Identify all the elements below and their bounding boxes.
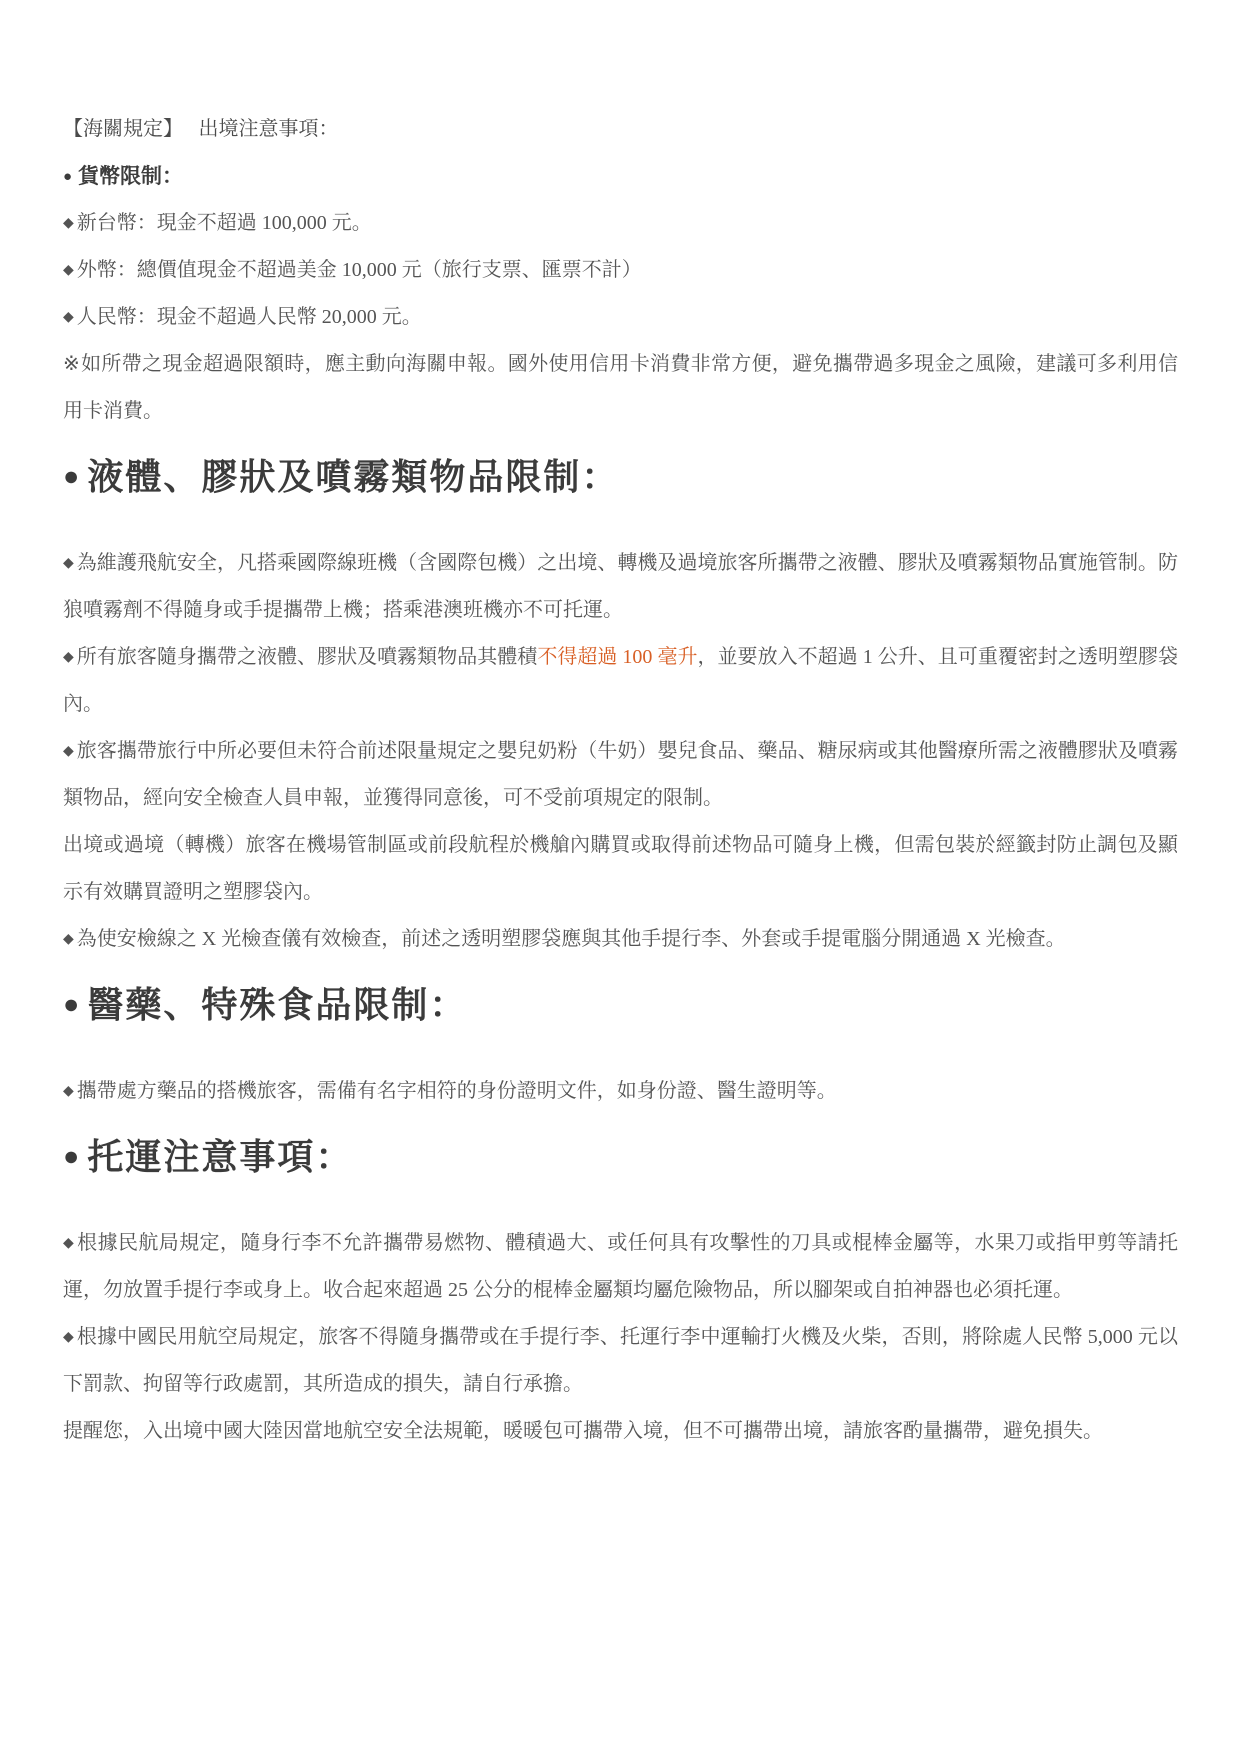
diamond-bullet-icon: ◆ <box>63 1330 74 1345</box>
liquids-volume-limit-highlight: 不得超過 100 毫升 <box>537 646 697 668</box>
baggage-para-china-lighters-text: 根據中國民用航空局規定，旅客不得隨身攜帶或在手提行李、托運行李中運輸打火機及火柴… <box>63 1326 1178 1395</box>
liquids-para-xray: ◆為使安檢線之 X 光檢查儀有效檢查，前述之透明塑膠袋應與其他手提行李、外套或手… <box>63 916 1178 963</box>
currency-item-ntd-text: 新台幣：現金不超過 100,000 元。 <box>77 212 372 234</box>
liquids-para-flight-safety: ◆為維護飛航安全，凡搭乘國際線班機（含國際包機）之出境、轉機及過境旅客所攜帶之液… <box>63 540 1178 634</box>
currency-item-foreign-text: 外幣：總價值現金不超過美金 10,000 元（旅行支票、匯票不計） <box>77 259 642 281</box>
checked-baggage-section-heading: ●托運注意事項： <box>63 1129 1178 1184</box>
medicine-heading-label: 醫藥、特殊食品限制： <box>87 985 467 1025</box>
currency-item-rmb: ◆人民幣：現金不超過人民幣 20,000 元。 <box>63 294 1178 341</box>
liquids-para-xray-text: 為使安檢線之 X 光檢查儀有效檢查，前述之透明塑膠袋應與其他手提行李、外套或手提… <box>77 928 1066 950</box>
medicine-para-prescription-text: 攜帶處方藥品的搭機旅客，需備有名字相符的身份證明文件，如身份證、醫生證明等。 <box>77 1080 837 1102</box>
liquids-volume-limit-prefix: 所有旅客隨身攜帶之液體、膠狀及噴霧類物品其體積 <box>77 646 538 668</box>
diamond-bullet-icon: ◆ <box>63 556 74 571</box>
liquids-para-volume-limit: ◆所有旅客隨身攜帶之液體、膠狀及噴霧類物品其體積不得超過 100 毫升，並要放入… <box>63 634 1178 728</box>
baggage-para-warmers-reminder-text: 提醒您，入出境中國大陸因當地航空安全法規範，暖暖包可攜帶入境，但不可攜帶出境，請… <box>63 1420 1103 1442</box>
diamond-bullet-icon: ◆ <box>63 216 74 231</box>
document-title: 【海關規定】 出境注意事項： <box>63 106 1178 153</box>
medicine-para-prescription: ◆攜帶處方藥品的搭機旅客，需備有名字相符的身份證明文件，如身份證、醫生證明等。 <box>63 1068 1178 1115</box>
circle-bullet-icon: ● <box>63 168 72 185</box>
liquids-para-duty-free: 出境或過境（轉機）旅客在機場管制區或前段航程於機艙內購買或取得前述物品可隨身上機… <box>63 822 1178 916</box>
diamond-bullet-icon: ◆ <box>63 932 74 947</box>
baggage-para-caa-rules: ◆根據民航局規定，隨身行李不允許攜帶易燃物、體積過大、或任何具有攻擊性的刀具或棍… <box>63 1220 1178 1314</box>
currency-item-rmb-text: 人民幣：現金不超過人民幣 20,000 元。 <box>77 306 422 328</box>
baggage-para-china-lighters: ◆根據中國民用航空局規定，旅客不得隨身攜帶或在手提行李、托運行李中運輸打火機及火… <box>63 1314 1178 1408</box>
liquids-heading-label: 液體、膠狀及噴霧類物品限制： <box>87 457 619 497</box>
liquids-para-exemptions-text: 旅客攜帶旅行中所必要但未符合前述限量規定之嬰兒奶粉（牛奶）嬰兒食品、藥品、糖尿病… <box>63 740 1178 809</box>
liquids-section-heading: ●液體、膠狀及噴霧類物品限制： <box>63 449 1178 504</box>
circle-bullet-icon: ● <box>63 461 79 491</box>
diamond-bullet-icon: ◆ <box>63 1236 74 1251</box>
circle-bullet-icon: ● <box>63 1141 79 1171</box>
circle-bullet-icon: ● <box>63 989 79 1019</box>
currency-declaration-note: ※如所帶之現金超過限額時，應主動向海關申報。國外使用信用卡消費非常方便，避免攜帶… <box>63 341 1178 435</box>
medicine-section-heading: ●醫藥、特殊食品限制： <box>63 977 1178 1032</box>
diamond-bullet-icon: ◆ <box>63 1084 74 1099</box>
liquids-para-duty-free-text: 出境或過境（轉機）旅客在機場管制區或前段航程於機艙內購買或取得前述物品可隨身上機… <box>63 834 1178 903</box>
diamond-bullet-icon: ◆ <box>63 650 74 665</box>
diamond-bullet-icon: ◆ <box>63 744 74 759</box>
baggage-para-caa-rules-text: 根據民航局規定，隨身行李不允許攜帶易燃物、體積過大、或任何具有攻擊性的刀具或棍棒… <box>63 1232 1178 1301</box>
diamond-bullet-icon: ◆ <box>63 310 74 325</box>
currency-item-foreign: ◆外幣：總價值現金不超過美金 10,000 元（旅行支票、匯票不計） <box>63 247 1178 294</box>
baggage-para-warmers-reminder: 提醒您，入出境中國大陸因當地航空安全法規範，暖暖包可攜帶入境，但不可攜帶出境，請… <box>63 1408 1178 1455</box>
currency-heading-label: 貨幣限制： <box>78 165 183 188</box>
liquids-para-flight-safety-text: 為維護飛航安全，凡搭乘國際線班機（含國際包機）之出境、轉機及過境旅客所攜帶之液體… <box>63 552 1178 621</box>
reference-mark-icon: ※ <box>63 353 80 375</box>
diamond-bullet-icon: ◆ <box>63 263 74 278</box>
customs-notice-document: 【海關規定】 出境注意事項： ●貨幣限制： ◆新台幣：現金不超過 100,000… <box>0 0 1241 1515</box>
liquids-para-exemptions: ◆旅客攜帶旅行中所必要但未符合前述限量規定之嬰兒奶粉（牛奶）嬰兒食品、藥品、糖尿… <box>63 728 1178 822</box>
currency-section-heading: ●貨幣限制： <box>63 153 1178 200</box>
currency-item-ntd: ◆新台幣：現金不超過 100,000 元。 <box>63 200 1178 247</box>
checked-baggage-heading-label: 托運注意事項： <box>87 1137 353 1177</box>
currency-declaration-note-text: 如所帶之現金超過限額時，應主動向海關申報。國外使用信用卡消費非常方便，避免攜帶過… <box>63 353 1178 422</box>
